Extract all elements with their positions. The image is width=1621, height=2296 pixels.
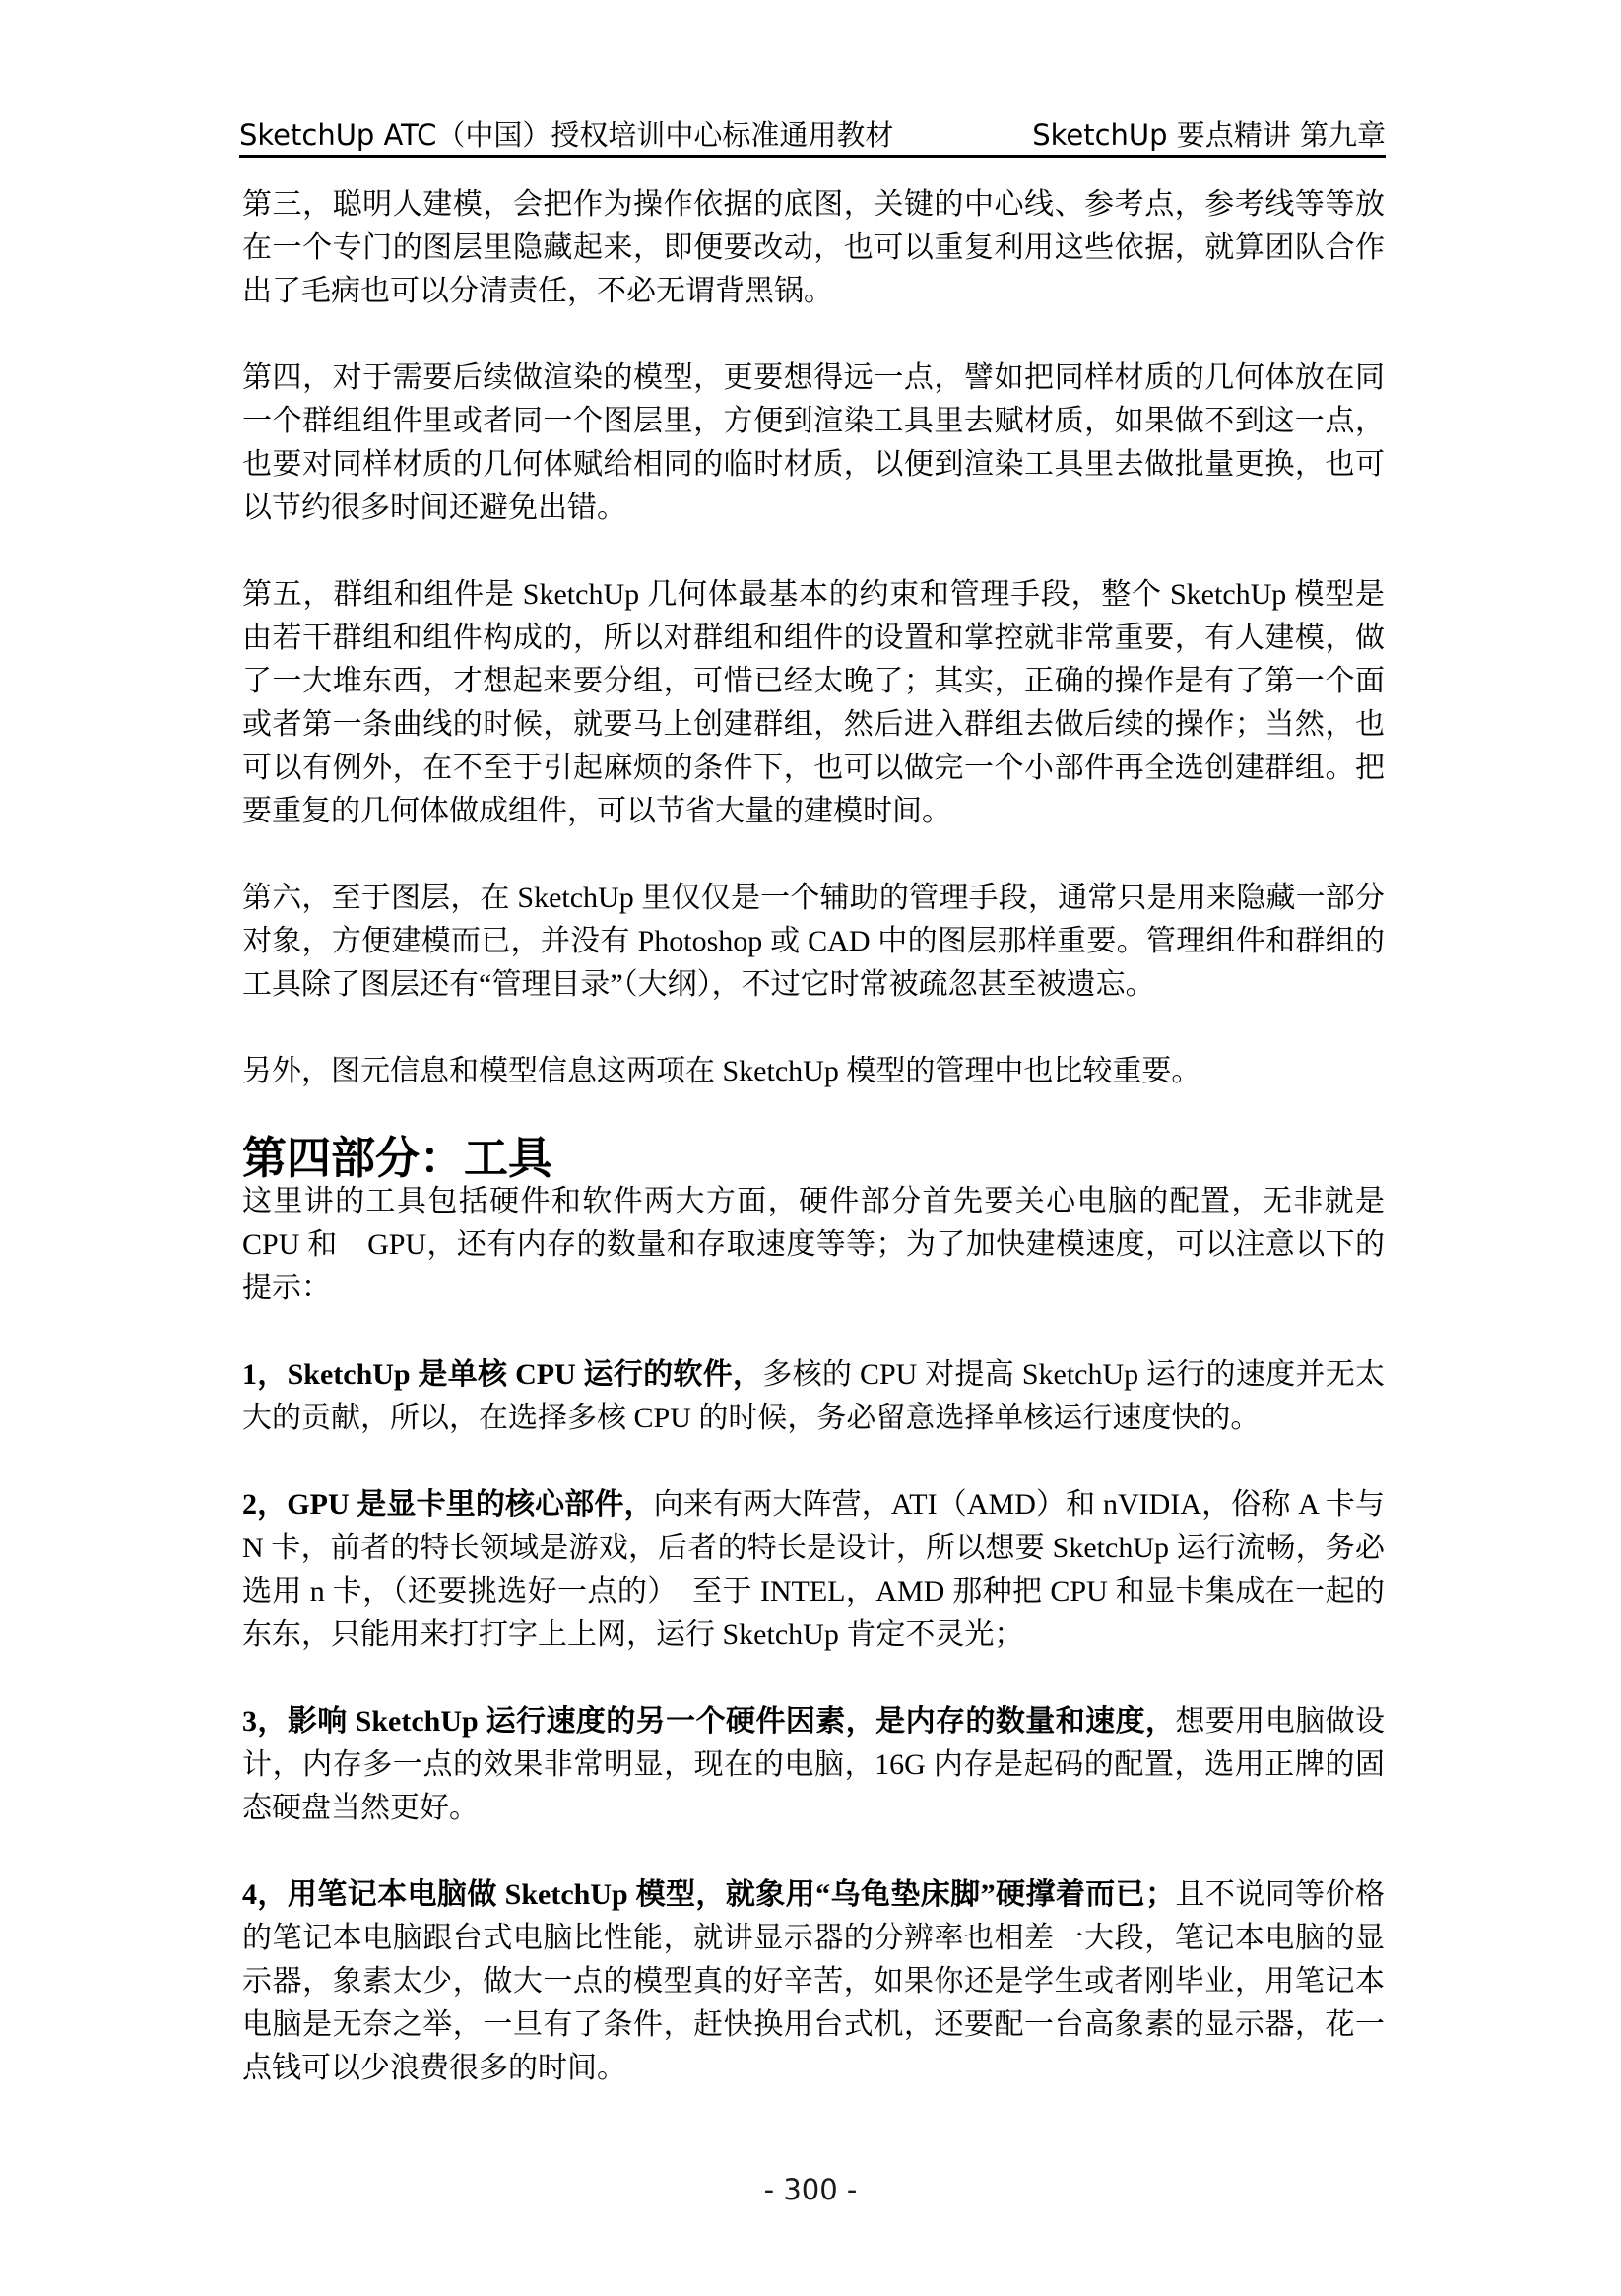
header-right-title: SketchUp 要点精讲 第九章	[1032, 119, 1386, 152]
paragraph-fifth: 第五，群组和组件是 SketchUp 几何体最基本的约束和管理手段，整个 Ske…	[242, 573, 1385, 833]
paragraph-extra-note: 另外，图元信息和模型信息这两项在 SketchUp 模型的管理中也比较重要。	[242, 1050, 1385, 1093]
header-left-title: SketchUp ATC（中国）授权培训中心标准通用教材	[239, 119, 893, 152]
tip-item-4: 4，用笔记本电脑做 SketchUp 模型，就象用“乌龟垫床脚”硬撑着而已；且不…	[242, 1873, 1385, 2090]
section-intro: 这里讲的工具包括硬件和软件两大方面，硬件部分首先要关心电脑的配置，无非就是 CP…	[242, 1180, 1385, 1310]
paragraph-sixth: 第六，至于图层，在 SketchUp 里仅仅是一个辅助的管理手段，通常只是用来隐…	[242, 877, 1385, 1007]
document-body: 第三，聪明人建模，会把作为操作依据的底图，关键的中心线、参考点，参考线等等放在一…	[242, 167, 1385, 2133]
page-number: - 300 -	[0, 2173, 1621, 2206]
tip-item-3: 3，影响 SketchUp 运行速度的另一个硬件因素，是内存的数量和速度，想要用…	[242, 1700, 1385, 1830]
tip-item-2-lead: 2，GPU 是显卡里的核心部件，	[242, 1488, 654, 1521]
tip-item-3-lead: 3，影响 SketchUp 运行速度的另一个硬件因素，是内存的数量和速度，	[242, 1705, 1175, 1738]
tip-item-1: 1，SketchUp 是单核 CPU 运行的软件，多核的 CPU 对提高 Ske…	[242, 1353, 1385, 1440]
paragraph-fourth: 第四，对于需要后续做渲染的模型，更要想得远一点，譬如把同样材质的几何体放在同一个…	[242, 357, 1385, 530]
paragraph-third: 第三，聪明人建模，会把作为操作依据的底图，关键的中心线、参考点，参考线等等放在一…	[242, 183, 1385, 313]
tip-item-2: 2，GPU 是显卡里的核心部件，向来有两大阵营，ATI（AMD）和 nVIDIA…	[242, 1483, 1385, 1657]
section-heading-part4-tools: 第四部分：工具	[242, 1137, 1385, 1180]
tip-item-4-lead: 4，用笔记本电脑做 SketchUp 模型，就象用“乌龟垫床脚”硬撑着而已；	[242, 1878, 1175, 1911]
page-header: SketchUp ATC（中国）授权培训中心标准通用教材 SketchUp 要点…	[239, 119, 1386, 158]
tip-item-1-lead: 1，SketchUp 是单核 CPU 运行的软件，	[242, 1358, 762, 1391]
